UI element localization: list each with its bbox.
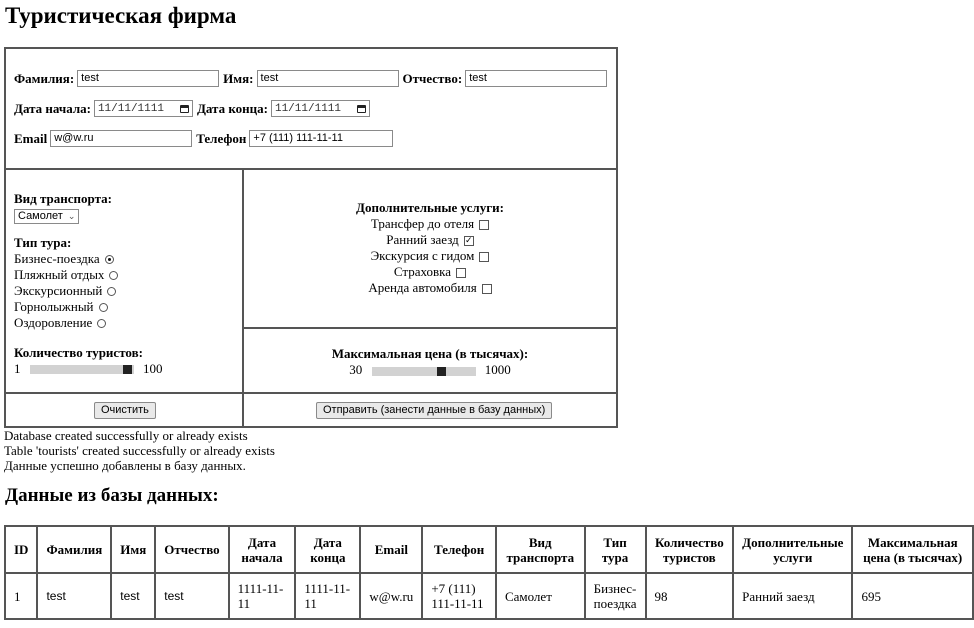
price-label: Максимальная цена (в тысячах): xyxy=(244,346,616,362)
status-messages: Database created successfully or already… xyxy=(4,428,275,473)
service-option: Ранний заезд✓ xyxy=(244,232,616,248)
divider xyxy=(6,168,616,170)
tourists-label: Количество туристов: xyxy=(14,345,239,361)
service-option: Экскурсия с гидом xyxy=(244,248,616,264)
service-option-label: Аренда автомобиля xyxy=(368,280,476,295)
tour-type-option-label: Оздоровление xyxy=(14,315,92,330)
start-date-value: 11/11/1111 xyxy=(98,103,164,115)
radio-button[interactable] xyxy=(107,287,116,296)
patronymic-label: Отчество: xyxy=(403,71,463,87)
tourists-slider[interactable] xyxy=(30,365,134,374)
price-slider-row: 30 1000 xyxy=(244,362,616,378)
radio-button[interactable] xyxy=(97,319,106,328)
calendar-icon[interactable] xyxy=(180,105,189,113)
service-option: Аренда автомобиля xyxy=(244,280,616,296)
checkbox[interactable] xyxy=(482,284,492,294)
table-cell: test xyxy=(155,573,228,619)
submit-button[interactable]: Отправить (занести данные в базу данных) xyxy=(316,402,552,419)
start-date-input[interactable]: 11/11/1111 xyxy=(94,100,193,117)
column-header: Отчество xyxy=(155,526,228,573)
dates-row: Дата начала: 11/11/1111 Дата конца: 11/1… xyxy=(14,100,374,117)
column-header: Тип тура xyxy=(585,526,646,573)
tour-type-option-label: Экскурсионный xyxy=(14,283,102,298)
patronymic-input[interactable]: test xyxy=(465,70,607,87)
divider xyxy=(242,327,616,329)
slider-thumb[interactable] xyxy=(437,367,446,376)
column-header: Фамилия xyxy=(37,526,111,573)
transport-label: Вид транспорта: xyxy=(14,191,239,207)
column-header: Максимальная цена (в тысячах) xyxy=(852,526,973,573)
service-option-label: Трансфер до отеля xyxy=(371,216,474,231)
status-message: Table 'tourists' created successfully or… xyxy=(4,443,275,458)
tour-type-option-label: Горнолыжный xyxy=(14,299,94,314)
chevron-down-icon: ⌄ xyxy=(68,211,76,222)
calendar-icon[interactable] xyxy=(357,105,366,113)
divider xyxy=(6,392,616,394)
checkbox[interactable] xyxy=(456,268,466,278)
tour-type-option-label: Пляжный отдых xyxy=(14,267,104,282)
service-option-label: Страховка xyxy=(394,264,451,279)
tour-type-option: Горнолыжный xyxy=(14,299,239,315)
table-cell: Ранний заезд xyxy=(733,573,852,619)
first-name-input[interactable]: test xyxy=(257,70,399,87)
email-input[interactable]: w@w.ru xyxy=(50,130,192,147)
tour-type-option: Бизнес-поездка xyxy=(14,251,239,267)
name-row: Фамилия: test Имя: test Отчество: test xyxy=(14,70,611,87)
table-cell: +7 (111) 111-11-11 xyxy=(422,573,496,619)
checkbox[interactable] xyxy=(479,220,489,230)
tourists-slider-row: 1 100 xyxy=(14,361,239,377)
tourists-max: 100 xyxy=(143,361,163,376)
table-row: 1testtesttest1111-11-111111-11-11w@w.ru+… xyxy=(5,573,973,619)
status-message: Database created successfully or already… xyxy=(4,428,275,443)
last-name-label: Фамилия: xyxy=(14,71,74,87)
clear-button[interactable]: Очистить xyxy=(94,402,156,419)
column-header: Дата конца xyxy=(295,526,360,573)
tour-type-option: Пляжный отдых xyxy=(14,267,239,283)
tour-type-option-label: Бизнес-поездка xyxy=(14,251,100,266)
page-title: Туристическая фирма xyxy=(5,2,236,30)
price-min: 30 xyxy=(349,362,362,377)
service-option: Трансфер до отеля xyxy=(244,216,616,232)
table-cell: Бизнес-поездка xyxy=(585,573,646,619)
last-name-input[interactable]: test xyxy=(77,70,219,87)
table-body: 1testtesttest1111-11-111111-11-11w@w.ru+… xyxy=(5,573,973,619)
end-date-input[interactable]: 11/11/1111 xyxy=(271,100,370,117)
table-cell: 1111-11-11 xyxy=(295,573,360,619)
table-cell: 1111-11-11 xyxy=(229,573,296,619)
radio-button[interactable] xyxy=(105,255,114,264)
service-option: Страховка xyxy=(244,264,616,280)
email-label: Email xyxy=(14,131,47,147)
tourists-min: 1 xyxy=(14,361,21,376)
column-header: Email xyxy=(360,526,422,573)
table-cell: Самолет xyxy=(496,573,585,619)
price-max: 1000 xyxy=(485,362,511,377)
first-name-label: Имя: xyxy=(223,71,253,87)
price-cell: Максимальная цена (в тысячах): 30 1000 xyxy=(244,346,616,378)
column-header: Дополнительные услуги xyxy=(733,526,852,573)
results-title: Данные из базы данных: xyxy=(5,485,219,507)
radio-button[interactable] xyxy=(99,303,108,312)
services-label: Дополнительные услуги: xyxy=(244,200,616,216)
phone-label: Телефон xyxy=(196,131,246,147)
column-header: ID xyxy=(5,526,37,573)
column-header: Телефон xyxy=(422,526,496,573)
transport-selected: Самолет xyxy=(18,210,63,222)
phone-input[interactable]: +7 (111) 111-11-11 xyxy=(249,130,393,147)
tour-form: Фамилия: test Имя: test Отчество: test Д… xyxy=(4,47,618,428)
tour-type-option: Оздоровление xyxy=(14,315,239,331)
end-date-label: Дата конца: xyxy=(197,101,268,117)
contacts-row: Email w@w.ru Телефон +7 (111) 111-11-11 xyxy=(14,130,397,147)
start-date-label: Дата начала: xyxy=(14,101,91,117)
radio-button[interactable] xyxy=(109,271,118,280)
results-table: IDФамилияИмяОтчествоДата началаДата конц… xyxy=(4,525,974,620)
table-cell: 98 xyxy=(646,573,734,619)
end-date-value: 11/11/1111 xyxy=(275,103,341,115)
transport-tour-cell: Вид транспорта: Самолет ⌄ Тип тура: Бизн… xyxy=(14,191,239,377)
table-cell: test xyxy=(37,573,111,619)
service-option-label: Ранний заезд xyxy=(386,232,458,247)
services-options: Трансфер до отеляРанний заезд✓Экскурсия … xyxy=(244,216,616,296)
price-slider[interactable] xyxy=(372,367,476,376)
column-header: Дата начала xyxy=(229,526,296,573)
slider-thumb[interactable] xyxy=(123,365,132,374)
table-cell: 695 xyxy=(852,573,973,619)
table-header-row: IDФамилияИмяОтчествоДата началаДата конц… xyxy=(5,526,973,573)
table-cell: test xyxy=(111,573,155,619)
service-option-label: Экскурсия с гидом xyxy=(371,248,475,263)
table-cell: 1 xyxy=(5,573,37,619)
status-message: Данные успешно добавлены в базу данных. xyxy=(4,458,275,473)
tour-type-option: Экскурсионный xyxy=(14,283,239,299)
table-cell: w@w.ru xyxy=(360,573,422,619)
checkbox[interactable] xyxy=(479,252,489,262)
column-header: Имя xyxy=(111,526,155,573)
tour-type-options: Бизнес-поездкаПляжный отдыхЭкскурсионный… xyxy=(14,251,239,331)
tour-type-label: Тип тура: xyxy=(14,235,239,251)
services-cell: Дополнительные услуги: Трансфер до отеля… xyxy=(244,200,616,296)
column-header: Вид транспорта xyxy=(496,526,585,573)
checkbox[interactable]: ✓ xyxy=(464,236,474,246)
transport-select[interactable]: Самолет ⌄ xyxy=(14,209,79,224)
column-header: Количество туристов xyxy=(646,526,734,573)
